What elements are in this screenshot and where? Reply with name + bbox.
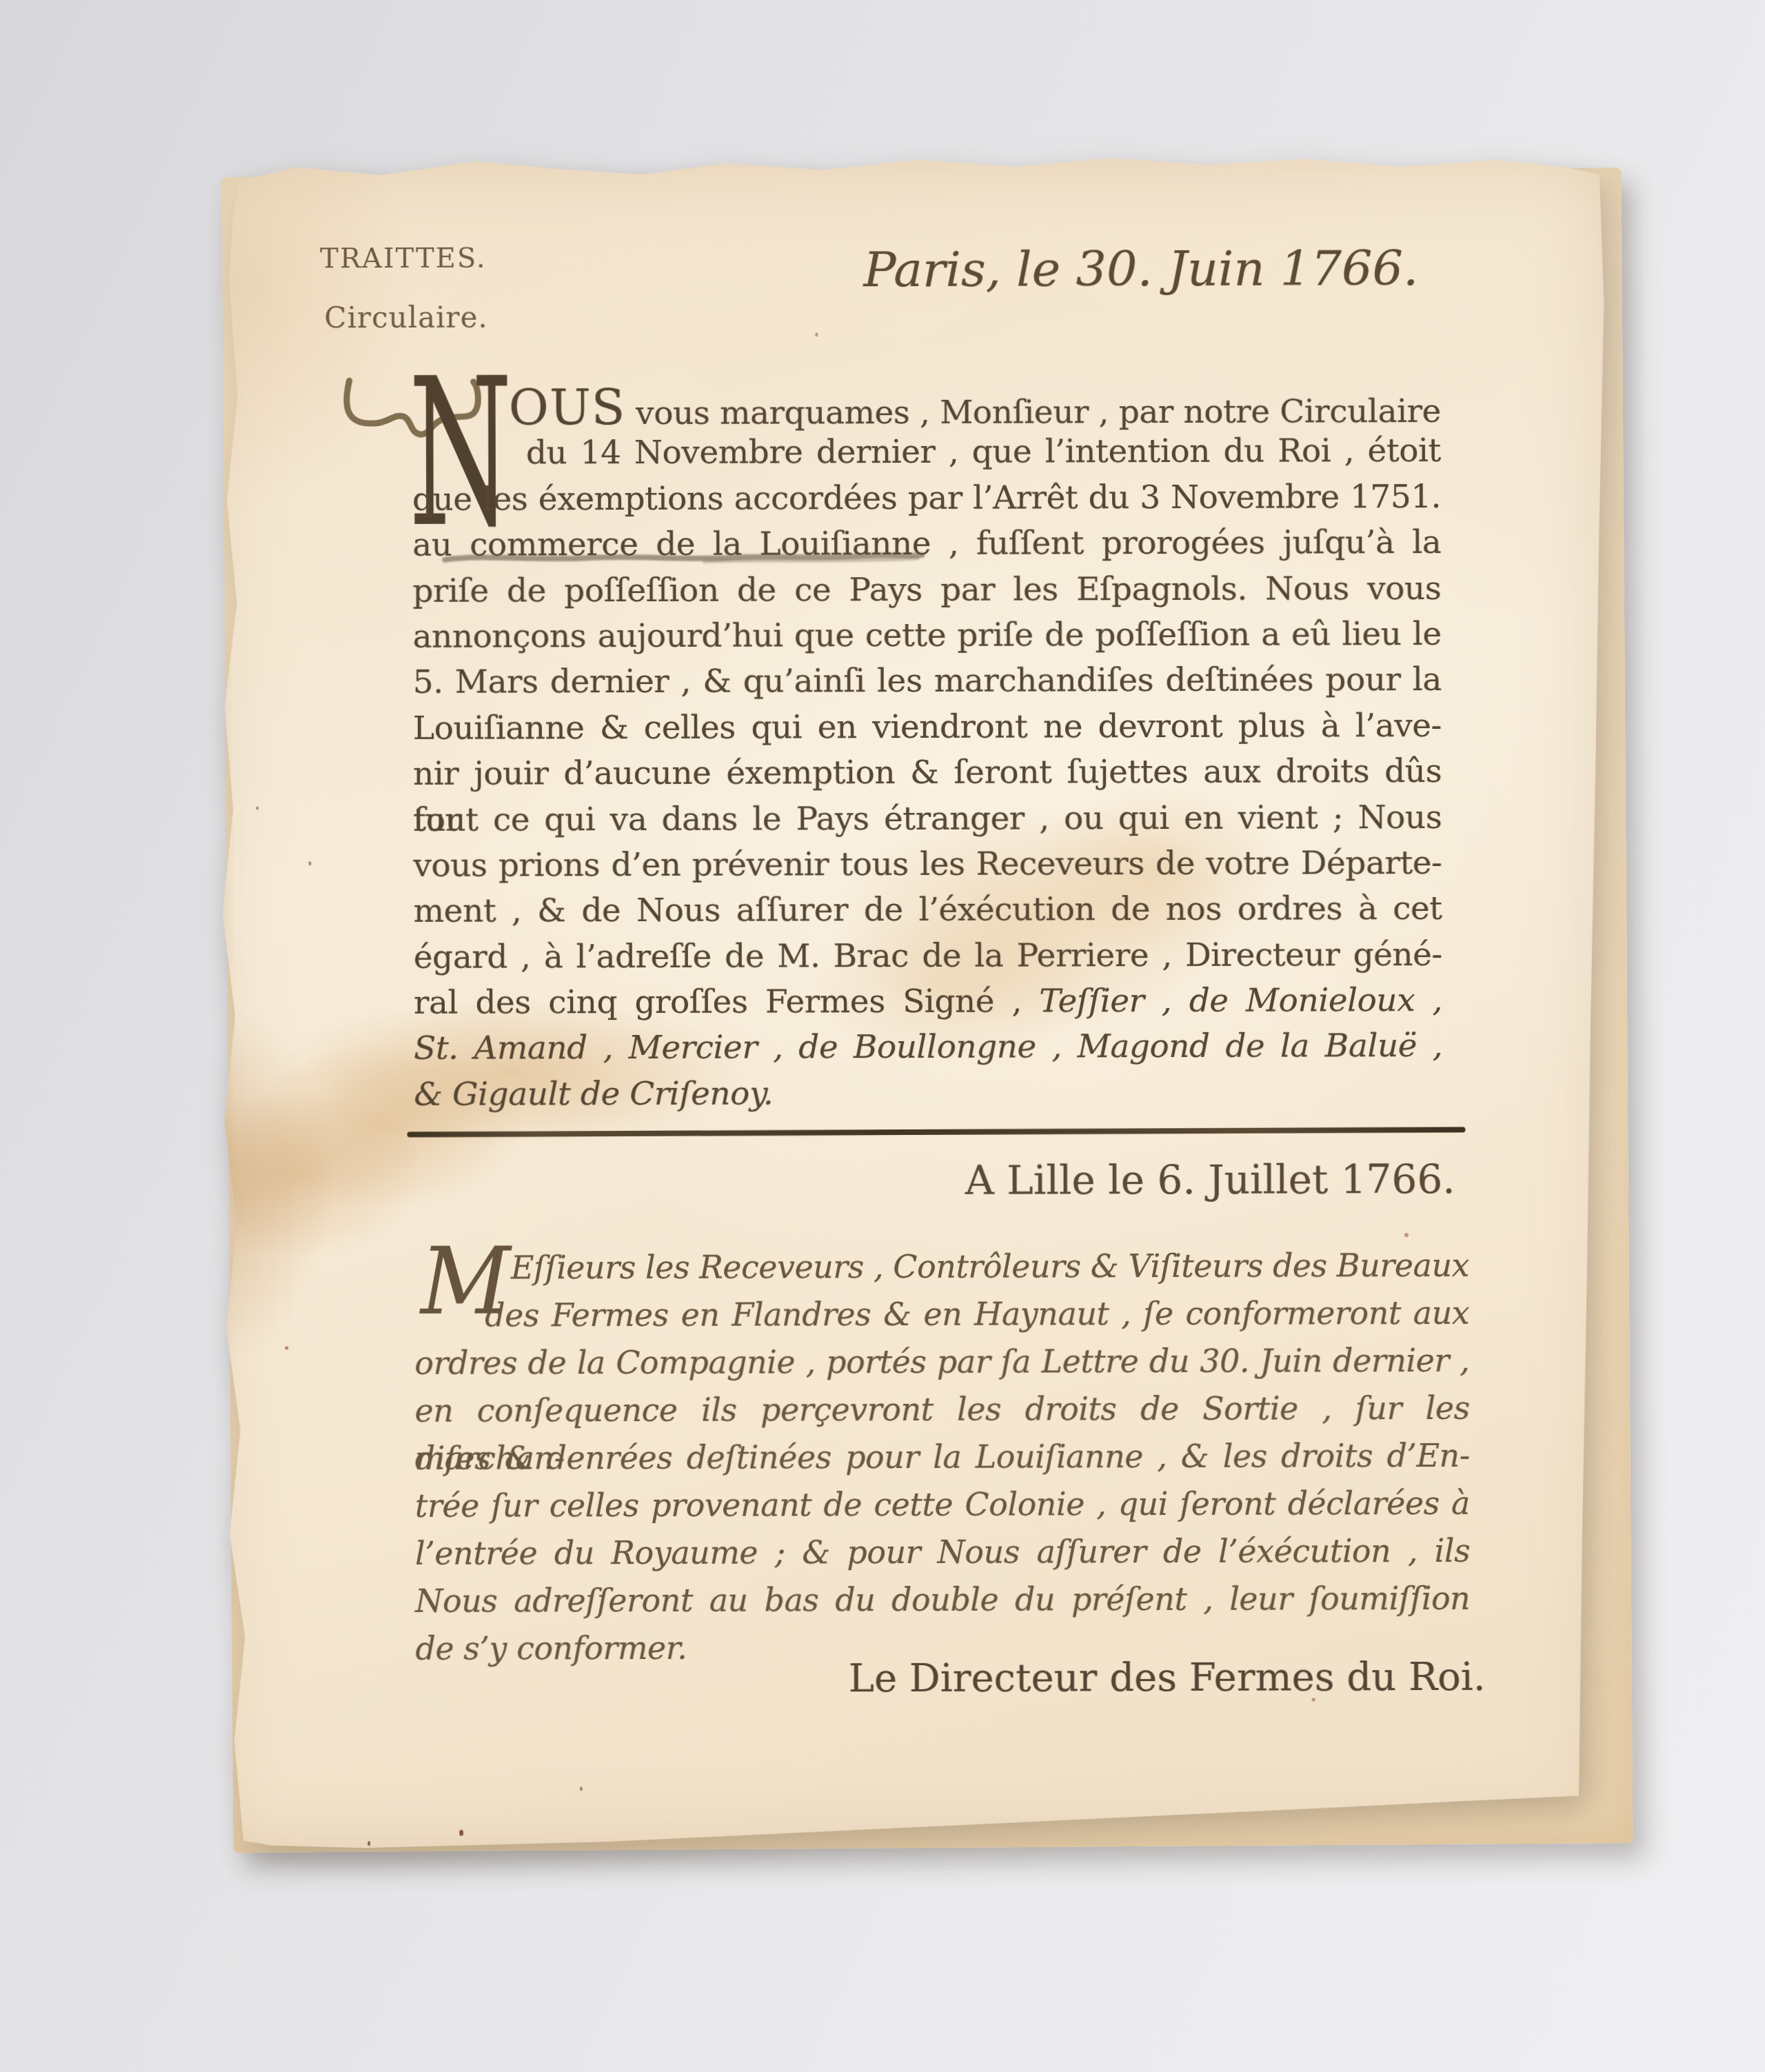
foxing-speck xyxy=(256,806,259,809)
paragraph-paris-circular: OUS vous marquames , Monſieur , par notr… xyxy=(412,383,1443,1118)
body-line: priſe de poſſeſſion de ce Pays par les E… xyxy=(412,566,1441,614)
body-line: OUS vous marquames , Monſieur , par notr… xyxy=(509,383,1441,431)
body-line: nir jouir d’aucune éxemption & ſeront ſu… xyxy=(413,749,1442,797)
paragraph-lille-order: Eſſieurs les Receveurs , Contrôleurs & V… xyxy=(414,1242,1471,1673)
foxing-speck xyxy=(580,1787,583,1791)
foxing-speck xyxy=(815,332,818,336)
body-line: Nous adreſſeront au bas du double du pré… xyxy=(415,1575,1470,1625)
body-line-signatories: ral des cinq groſſes Fermes Signé , Teſſ… xyxy=(414,978,1442,1026)
opening-caps: OUS xyxy=(509,379,626,436)
body-line: Louiſianne & celles qui en viendront ne … xyxy=(413,703,1442,752)
body-line: 5. Mars dernier , & qu’ainſi les marchan… xyxy=(413,657,1442,705)
body-line: égard , à l’adreſſe de M. Brac de la Per… xyxy=(414,932,1442,980)
paper-sheet-wrap: TRAITTES. Circulaire. Paris, le 30. Juin… xyxy=(201,151,1615,1858)
body-line: vous prions d’en prévenir tous les Recev… xyxy=(413,841,1442,889)
body-line: du 14 Novembre dernier , que l’intention… xyxy=(526,428,1441,476)
margin-section-label: TRAITTES. Circulaire. xyxy=(320,243,488,334)
paper-sheet: TRAITTES. Circulaire. Paris, le 30. Juin… xyxy=(201,151,1615,1858)
foxing-speck xyxy=(1312,1698,1315,1701)
margin-label-traittes: TRAITTES. xyxy=(320,243,488,275)
foxing-speck xyxy=(308,861,311,865)
body-line: trée ſur celles provenant de cette Colon… xyxy=(415,1480,1470,1530)
foxing-speck xyxy=(285,1346,288,1349)
body-line: annonçons aujourd’hui que cette priſe de… xyxy=(413,612,1442,660)
body-line-signatories: & Gigault de Criſenoy. xyxy=(414,1069,1442,1118)
body-line: l’entrée du Royaume ; & pour Nous aſſure… xyxy=(415,1527,1470,1578)
margin-label-circulaire: Circulaire. xyxy=(324,302,488,334)
body-line: Eſſieurs les Receveurs , Contrôleurs & V… xyxy=(511,1242,1469,1292)
body-line: tout ce qui va dans le Pays étranger , o… xyxy=(413,794,1442,843)
dateline-lille: A Lille le 6. Juillet 1766. xyxy=(414,1156,1455,1205)
foxing-speck xyxy=(459,1830,463,1836)
body-line: ordres de la Compagnie , portés par ſa L… xyxy=(414,1337,1469,1387)
body-line-signatories: St. Amand , Mercier , de Boullongne , Ma… xyxy=(414,1023,1442,1072)
body-line: en conſequence ils perçevront les droits… xyxy=(414,1385,1469,1435)
document-photo: TRAITTES. Circulaire. Paris, le 30. Juin… xyxy=(0,0,1765,2072)
body-line: que les éxemptions accordées par l’Arrêt… xyxy=(412,474,1441,523)
foxing-speck xyxy=(367,1841,370,1846)
signature-line: Le Directeur des Fermes du Roi. xyxy=(415,1655,1485,1702)
body-line: diſes & denrées deſtinées pour la Louiſi… xyxy=(415,1432,1470,1482)
dateline-paris: Paris, le 30. Juin 1766. xyxy=(753,240,1418,299)
body-line: ment , & de Nous aſſurer de l’éxécution … xyxy=(414,886,1442,934)
body-line: des Fermes en Flandres & en Haynaut , ſe… xyxy=(485,1289,1469,1340)
body-line: au commerce de la Louiſianne , fuſſent p… xyxy=(412,520,1441,568)
foxing-speck xyxy=(1404,1233,1409,1237)
divider-rule xyxy=(407,1127,1465,1137)
